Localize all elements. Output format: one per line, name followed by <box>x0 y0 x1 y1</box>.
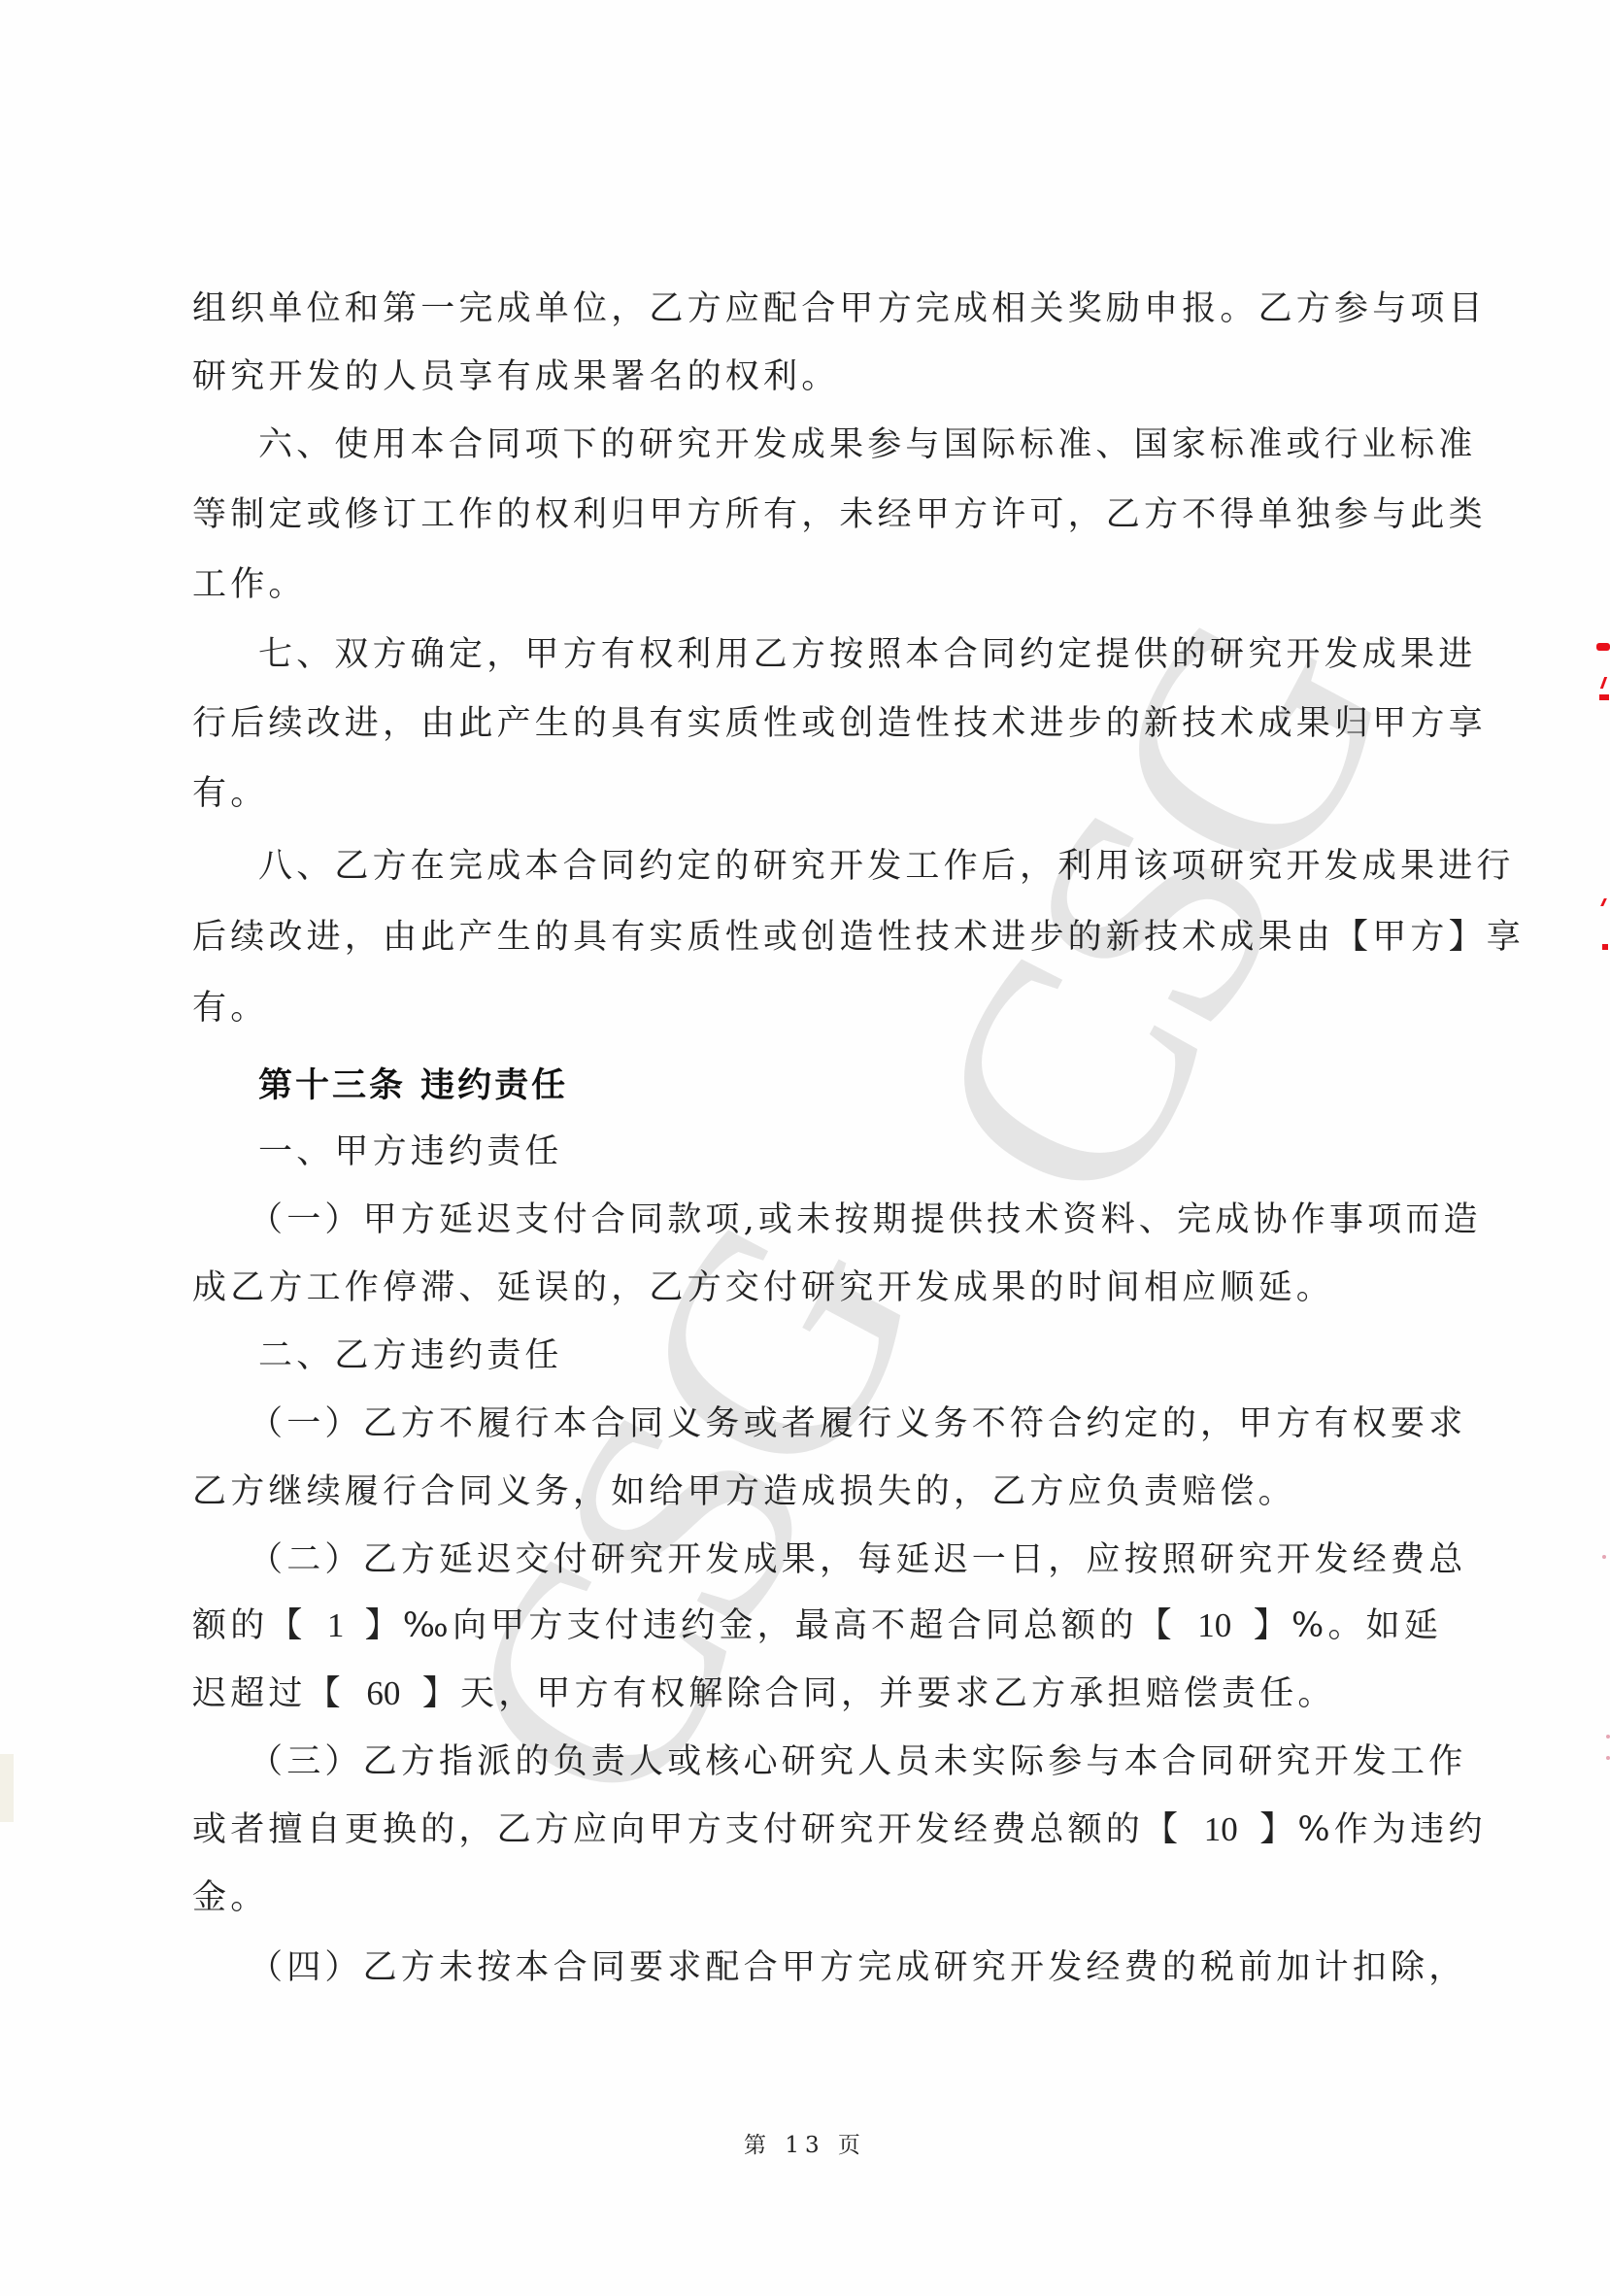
seal-fragment-mark <box>1596 643 1610 651</box>
text-segment: 】‰向甲方支付违约金，最高不超合同总额的【 <box>365 1606 1176 1645</box>
seal-fragment-mark <box>1600 898 1607 906</box>
clause-8-line: 八、乙方在完成本合同约定的研究开发工作后，利用该项研究开发成果进行 <box>258 845 1416 888</box>
party-b-item-2: （二）乙方延迟交付研究开发成果，每延迟一日，应按照研究开发经费总 <box>249 1538 1406 1581</box>
party-b-item-1: （一）乙方不履行本合同义务或者履行义务不符合约定的，甲方有权要求 <box>249 1402 1406 1445</box>
paragraph-line: 组织单位和第一完成单位，乙方应配合甲方完成相关奖励申报。乙方参与项目 <box>192 287 1416 330</box>
seal-fragment-mark <box>1602 944 1608 950</box>
penalty-percent-value: 10 <box>1182 1808 1259 1851</box>
text-segment: 迟超过【 <box>192 1674 345 1713</box>
scan-smudge <box>0 1754 14 1822</box>
clause-7-line: 行后续改进，由此产生的具有实质性或创造性技术进步的新技术成果归甲方享 <box>192 702 1416 745</box>
clause-7-line: 七、双方确定，甲方有权利用乙方按照本合同约定提供的研究开发成果进 <box>258 633 1416 676</box>
section-heading: 第十三条 违约责任 <box>258 1064 1416 1107</box>
document-page: CSG CSG 组织单位和第一完成单位，乙方应配合甲方完成相关奖励申报。乙方参与… <box>0 0 1610 2296</box>
party-b-item-4: （四）乙方未按本合同要求配合甲方完成研究开发经费的税前加计扣除， <box>249 1946 1406 1989</box>
seal-fragment-mark <box>1600 677 1607 689</box>
max-days-value: 60 <box>345 1672 422 1715</box>
text-segment: 】%。如延 <box>1254 1606 1442 1645</box>
text-segment: 】天，甲方有权解除合同，并要求乙方承担赔偿责任。 <box>422 1674 1336 1713</box>
cap-percent-value: 10 <box>1176 1604 1254 1647</box>
edge-dot <box>1606 1735 1610 1739</box>
text-segment: 或者擅自更换的，乙方应向甲方支付研究开发经费总额的【 <box>192 1810 1182 1849</box>
party-b-item-3: （三）乙方指派的负责人或核心研究人员未实际参与本合同研究开发工作 <box>249 1740 1406 1783</box>
party-b-item-2: 额的【1】‰向甲方支付违约金，最高不超合同总额的【10】%。如延 <box>192 1604 1416 1647</box>
clause-6-line: 工作。 <box>192 563 1416 606</box>
party-a-item-1: （一）甲方延迟支付合同款项,或未按期提供技术资料、完成协作事项而造 <box>249 1199 1406 1241</box>
party-b-item-1: 乙方继续履行合同义务，如给甲方造成损失的，乙方应负责赔偿。 <box>192 1470 1416 1513</box>
text-segment: 】%作为违约 <box>1259 1810 1486 1849</box>
party-b-item-3: 或者擅自更换的，乙方应向甲方支付研究开发经费总额的【10】%作为违约 <box>192 1808 1416 1851</box>
party-b-item-3: 金。 <box>192 1876 1416 1919</box>
party-a-title: 一、甲方违约责任 <box>258 1131 1416 1173</box>
clause-6-line: 等制定或修订工作的权利归甲方所有，未经甲方许可，乙方不得单独参与此类 <box>192 493 1416 536</box>
clause-8-line: 后续改进，由此产生的具有实质性或创造性技术进步的新技术成果由【甲方】享 <box>192 916 1416 959</box>
clause-7-line: 有。 <box>192 772 1416 815</box>
edge-dot <box>1602 1555 1606 1559</box>
clause-6-line: 六、使用本合同项下的研究开发成果参与国际标准、国家标准或行业标准 <box>258 423 1416 466</box>
party-b-title: 二、乙方违约责任 <box>258 1334 1416 1377</box>
page-number: 第 13 页 <box>0 2127 1610 2159</box>
daily-rate-value: 1 <box>307 1604 365 1647</box>
party-a-item-1: 成乙方工作停滞、延误的，乙方交付研究开发成果的时间相应顺延。 <box>192 1266 1416 1309</box>
edge-dot <box>1606 1756 1610 1760</box>
paragraph-line: 研究开发的人员享有成果署名的权利。 <box>192 355 1416 398</box>
seal-fragment-mark <box>1599 694 1609 700</box>
party-b-item-2: 迟超过【60】天，甲方有权解除合同，并要求乙方承担赔偿责任。 <box>192 1672 1416 1715</box>
clause-8-line: 有。 <box>192 987 1416 1030</box>
text-segment: 额的【 <box>192 1606 307 1645</box>
